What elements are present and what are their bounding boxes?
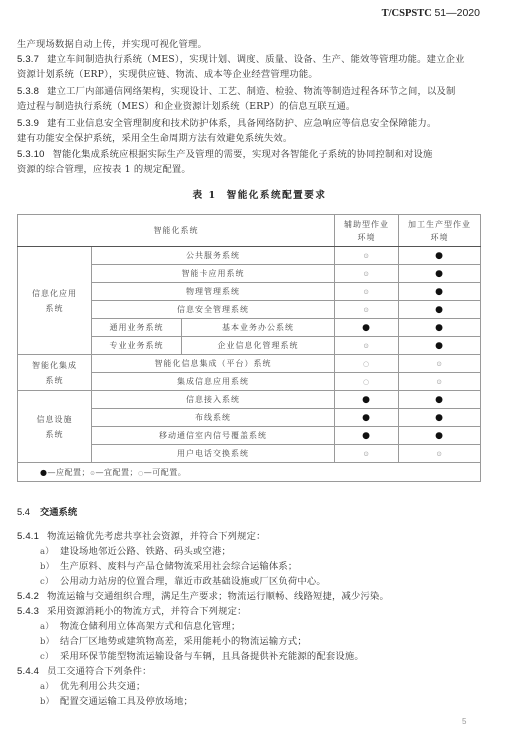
clause-text: 建有工业信息安全管理制度和技术防护体系，具备网络防护、应急响应等信息安全保障能力… [47, 118, 436, 129]
proc-value: ● [399, 283, 481, 301]
list-item: b）结合厂区地势或建筑物高差，采用能耗小的物流运输方式； [40, 634, 307, 650]
proc-value: ● [399, 319, 481, 337]
clause-text-cont: 资源的综合管理，应按表 1 的规定配置。 [17, 162, 487, 177]
aux-value: ⊙ [335, 283, 399, 301]
table-row: 智能化集成系统 智能化信息集成（平台）系统 ○ ⊙ [18, 355, 481, 373]
proc-value: ⊙ [399, 445, 481, 463]
proc-value: ⊙ [399, 373, 481, 391]
paragraph-text: 生产现场数据自动上传，并实现可视化管理。 [17, 39, 207, 50]
aux-value: ● [335, 409, 399, 427]
aux-value: ○ [335, 355, 399, 373]
system-name: 集成信息应用系统 [92, 373, 335, 391]
clause-5-3-8: 5.3.8建立工厂内部通信网络架构，实现设计、工艺、制造、检验、物流等制造过程各… [17, 84, 487, 114]
aux-value: ⊙ [335, 247, 399, 265]
proc-value: ● [399, 265, 481, 283]
clause-number: 5.3.9 [17, 118, 39, 129]
clause-5-3-9: 5.3.9建有工业信息安全管理制度和技术防护体系，具备网络防护、应急响应等信息安… [17, 116, 487, 146]
proc-value: ● [399, 247, 481, 265]
system-name: 布线系统 [92, 409, 335, 427]
subsystem-name: 通用业务系统 [92, 319, 182, 337]
proc-value: ● [399, 391, 481, 409]
table-number: 表 1 [193, 190, 217, 201]
clause-text-cont: 建有功能安全保护系统，采用全生命周期方法有效避免系统失效。 [17, 131, 487, 146]
table-legend-row: ●—应配置；⊙—宜配置；○—可配置。 [18, 463, 481, 482]
system-name: 信息安全管理系统 [92, 301, 335, 319]
list-item: b）生产原料、废料与产品仓储物流采用社会综合运输体系； [40, 559, 297, 575]
list-item: c）公用动力站房的位置合理，靠近市政基础设施或厂区负荷中心。 [40, 574, 326, 590]
config-table: 智能化系统 辅助型作业环境 加工生产型作业环境 信息化应用系统 公共服务系统 ⊙… [17, 214, 481, 482]
aux-value: ⊙ [335, 265, 399, 283]
system-name: 智能化信息集成（平台）系统 [92, 355, 335, 373]
system-name: 公共服务系统 [92, 247, 335, 265]
paragraph-continuation: 生产现场数据自动上传，并实现可视化管理。 [17, 37, 487, 52]
system-name: 移动通信室内信号覆盖系统 [92, 427, 335, 445]
proc-value: ● [399, 301, 481, 319]
aux-value: ● [335, 427, 399, 445]
clause-5-4-2: 5.4.2物流运输与交通组织合理，满足生产要求；物流运行顺畅、线路短捷，减少污染… [17, 589, 487, 604]
header-proc-env: 加工生产型作业环境 [399, 215, 481, 247]
clause-number: 5.3.7 [17, 54, 39, 65]
system-name: 基本业务办公系统 [182, 319, 335, 337]
clause-text-cont: 造过程与制造执行系统（MES）和企业资源计划系统（ERP）的信息互联互通。 [17, 99, 487, 114]
page-number: 5 [462, 717, 466, 726]
clause-5-4-1: 5.4.1物流运输优先考虑共享社会资源，并符合下列规定： [17, 529, 487, 544]
clause-5-3-7: 5.3.7建立车间制造执行系统（MES），实现计划、调度、质量、设备、生产、能效… [17, 52, 487, 82]
aux-value: ● [335, 391, 399, 409]
clause-number: 5.3.10 [17, 149, 45, 160]
standard-prefix: T/CSPSTC [382, 8, 432, 19]
aux-value: ⊙ [335, 337, 399, 355]
clause-text: 建立工厂内部通信网络架构，实现设计、工艺、制造、检验、物流等制造过程各环节之间，… [47, 86, 455, 97]
system-name: 智能卡应用系统 [92, 265, 335, 283]
clause-text: 建立车间制造执行系统（MES），实现计划、调度、质量、设备、生产、能效等管理功能… [47, 54, 465, 65]
proc-value: ● [399, 337, 481, 355]
section-heading-5-4: 5.4交通系统 [17, 504, 77, 518]
proc-value: ● [399, 427, 481, 445]
clause-text: 智能化集成系统应根据实际生产及管理的需要，实现对各智能化子系统的协同控制和对设施 [53, 149, 433, 160]
standard-code: T/CSPSTC 51—2020 [382, 7, 480, 19]
table-title-text: 智能化系统配置要求 [227, 190, 327, 201]
list-item: a）物流仓储利用立体高架方式和信息化管理； [40, 619, 240, 635]
group-info-facility: 信息设施系统 [18, 391, 92, 463]
subsystem-name: 专业业务系统 [92, 337, 182, 355]
aux-value: ⊙ [335, 301, 399, 319]
proc-value: ⊙ [399, 355, 481, 373]
table-title: 表 1智能化系统配置要求 [0, 187, 519, 201]
system-name: 信息接入系统 [92, 391, 335, 409]
table-row: 信息设施系统 信息接入系统 ● ● [18, 391, 481, 409]
aux-value: ○ [335, 373, 399, 391]
clause-number: 5.3.8 [17, 86, 39, 97]
header-aux-env: 辅助型作业环境 [335, 215, 399, 247]
list-item: b）配置交通运输工具及停放场地； [40, 694, 193, 710]
header-system: 智能化系统 [18, 215, 335, 247]
system-name: 企业信息化管理系统 [182, 337, 335, 355]
table-row: 信息化应用系统 公共服务系统 ⊙ ● [18, 247, 481, 265]
table-header-row: 智能化系统 辅助型作业环境 加工生产型作业环境 [18, 215, 481, 247]
clause-5-3-10: 5.3.10智能化集成系统应根据实际生产及管理的需要，实现对各智能化子系统的协同… [17, 147, 487, 177]
group-integration: 智能化集成系统 [18, 355, 92, 391]
system-name: 物理管理系统 [92, 283, 335, 301]
table-legend: ●—应配置；⊙—宜配置；○—可配置。 [18, 463, 481, 482]
list-item: a）建设场地邻近公路、铁路、码头或空港； [40, 544, 231, 560]
clause-text-cont: 资源计划系统（ERP），实现供应链、物流、成本等企业经营管理功能。 [17, 67, 487, 82]
list-item: c）采用环保节能型物流运输设备与车辆，且具备提供补充能源的配套设施。 [40, 649, 364, 665]
aux-value: ● [335, 319, 399, 337]
standard-number: 51—2020 [434, 7, 480, 19]
group-info-app: 信息化应用系统 [18, 247, 92, 355]
clause-5-4-3: 5.4.3采用资源消耗小的物流方式，并符合下列规定： [17, 604, 487, 619]
aux-value: ⊙ [335, 445, 399, 463]
system-name: 用户电话交换系统 [92, 445, 335, 463]
clause-5-4-4: 5.4.4员工交通符合下列条件： [17, 664, 487, 679]
proc-value: ● [399, 409, 481, 427]
list-item: a）优先利用公共交通； [40, 679, 145, 695]
